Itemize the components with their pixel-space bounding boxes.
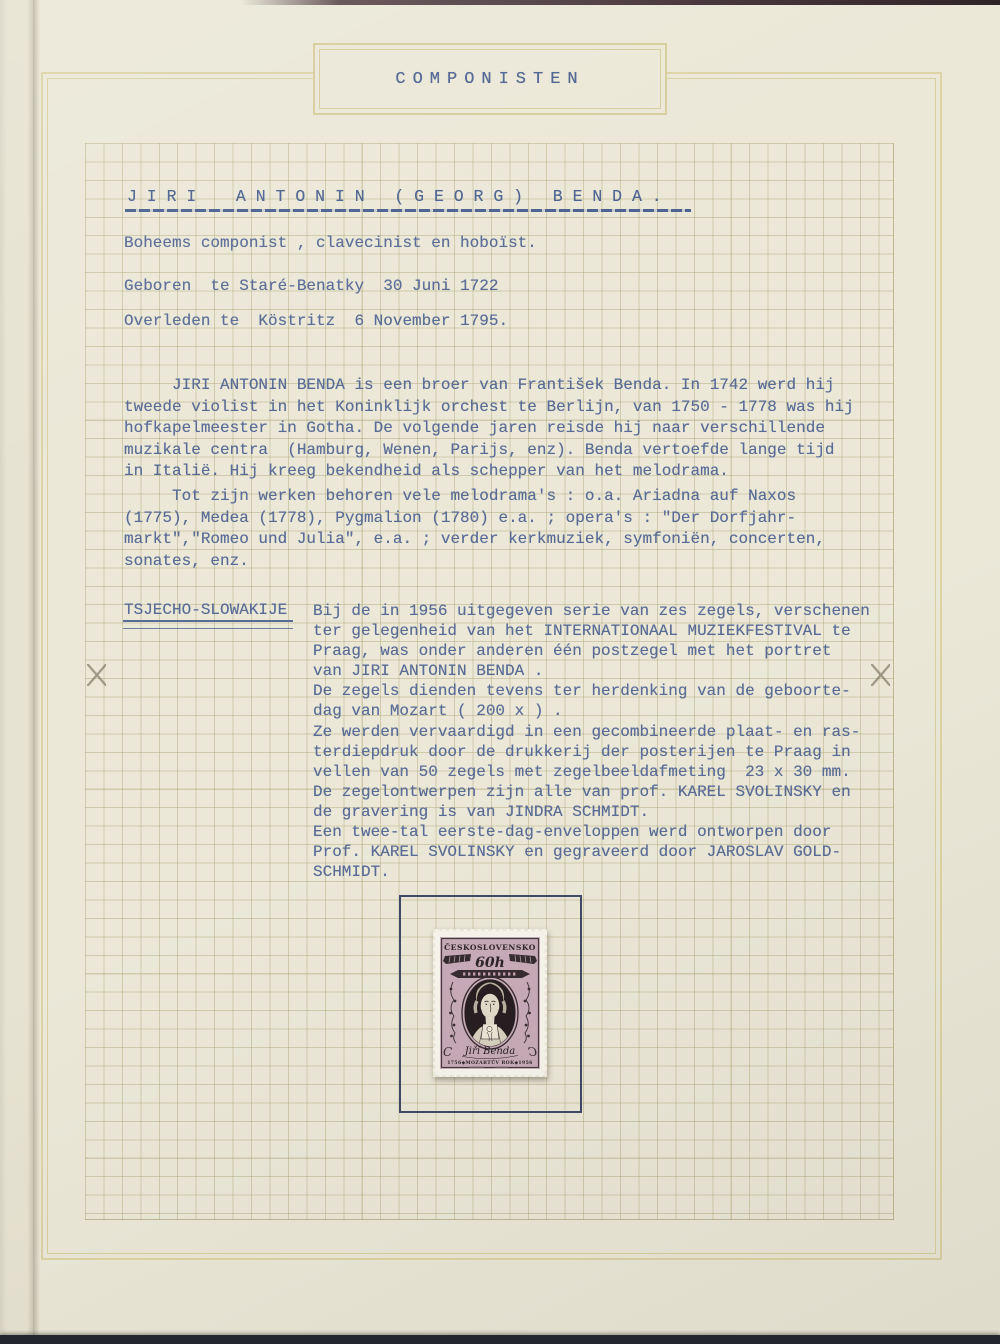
stamp-signature-text: Jiří Benda: [463, 1046, 515, 1057]
country-section-label: TSJECHO-SLOWAKIJE: [124, 601, 287, 619]
country-label-underline: [123, 620, 293, 629]
album-section-title: COMPONISTEN: [395, 70, 584, 89]
header-box-border: COMPONISTEN: [319, 49, 661, 109]
stamp-country-text: ČESKOSLOVENSKO: [444, 943, 536, 952]
bio-profession: Boheems componist , clavecinist en hoboï…: [124, 234, 537, 252]
bio-died-line: Overleden te Köstritz 6 November 1795.: [124, 312, 508, 330]
scroll-left: C: [443, 1045, 452, 1059]
bio-born-line: Geboren te Staré-Benatky 30 Juni 1722: [124, 277, 498, 295]
album-top-edge: [0, 0, 1000, 5]
page-stack-edge: [0, 0, 34, 1344]
works-paragraph: Tot zijn werken behoren vele melodrama's…: [124, 486, 825, 572]
album-bottom-edge: [0, 1335, 1000, 1344]
stamp-denomination-text: 60h: [475, 955, 505, 971]
pencil-x-mark-left: [87, 664, 106, 686]
header-box: COMPONISTEN: [313, 43, 667, 115]
stamp-issue-description: Bij de in 1956 uitgegeven serie van zes …: [313, 601, 870, 882]
album-page-photo: COMPONISTEN J I R I A N T O N I N ( G E …: [0, 0, 1000, 1344]
page-title: J I R I A N T O N I N ( G E O R G ) B E …: [127, 187, 662, 206]
engraver-mark: [495, 1067, 508, 1068]
scroll-right: C: [528, 1045, 537, 1059]
pencil-x-mark-right: [871, 664, 890, 686]
benda-postage-stamp: ČESKOSLOVENSKO 60h: [433, 929, 547, 1077]
biography-paragraph-1: JIRI ANTONIN BENDA is een broer van Fran…: [124, 375, 854, 483]
page-edge-shadow: [34, 0, 40, 1344]
title-underline: [125, 209, 691, 212]
engraver-mark: [469, 1067, 484, 1068]
